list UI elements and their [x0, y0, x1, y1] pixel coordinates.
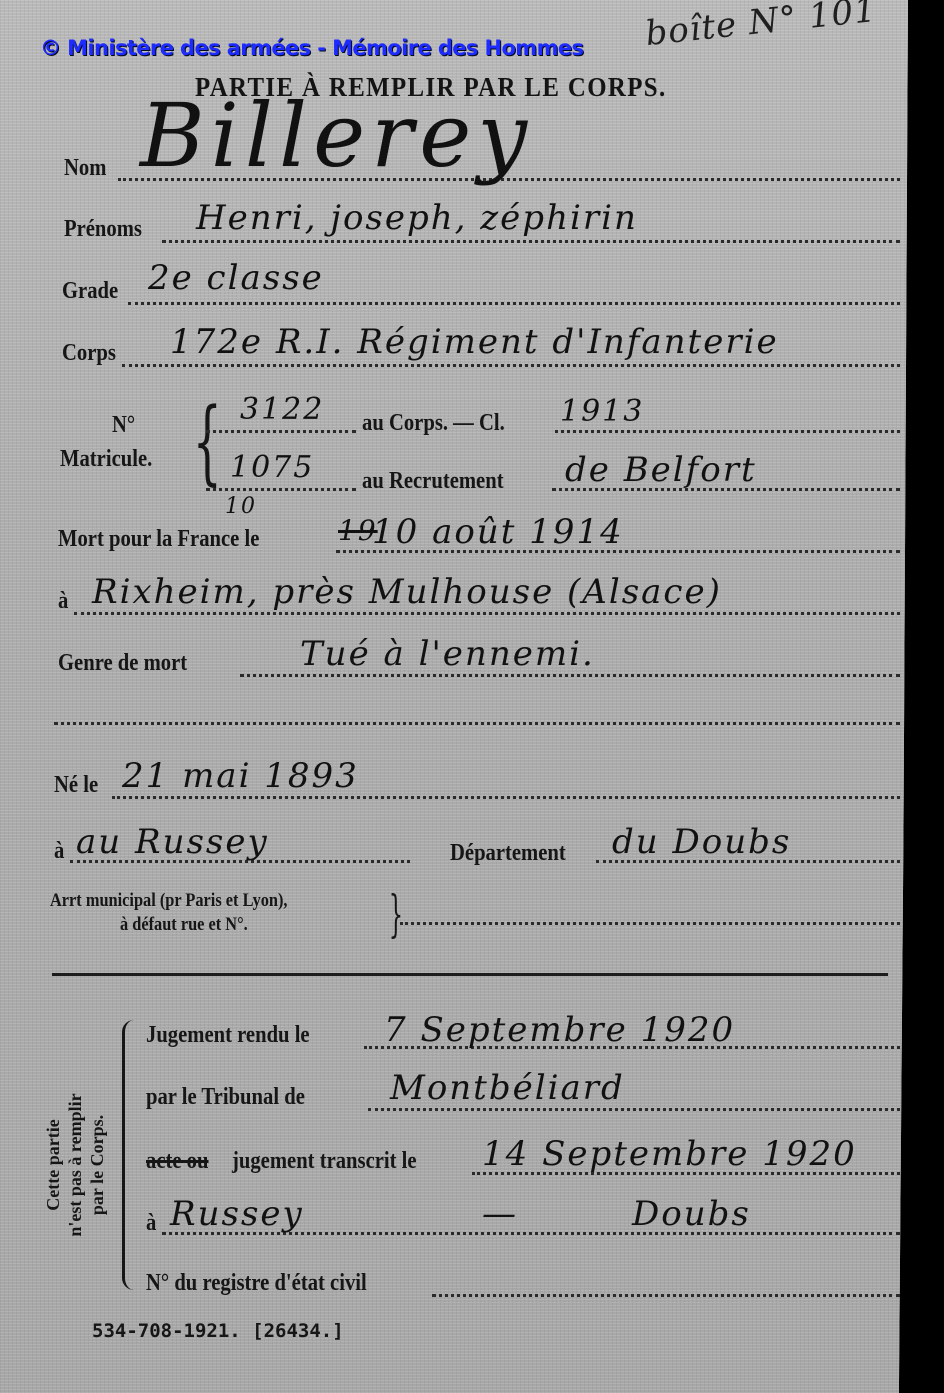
au-corps-label: au Corps. — Cl.: [362, 410, 505, 437]
recrutement-number-line: [206, 488, 356, 491]
correction-note: 10: [225, 494, 257, 519]
classe-line: [555, 430, 900, 433]
prenoms-label: Prénoms: [64, 216, 142, 243]
tribunal-line: [368, 1108, 900, 1111]
jugement-rendu-value: 7 Septembre 1920: [384, 1010, 735, 1050]
lieu-transcription-departement: Doubs: [632, 1194, 751, 1234]
side-note-line-1: Cette partie: [42, 1093, 64, 1236]
copyright-watermark: © Ministère des armées - Mémoire des Hom…: [40, 36, 583, 60]
grade-label: Grade: [62, 278, 118, 305]
departement-value: du Doubs: [612, 822, 791, 862]
matricule-no-label: N°: [112, 412, 135, 439]
genre-mort-line: [240, 674, 900, 677]
lieu-naissance-value: au Russey: [76, 822, 269, 862]
prenoms-value: Henri, joseph, zéphirin: [196, 198, 638, 238]
jugement-rendu-label: Jugement rendu le: [146, 1022, 310, 1049]
prenoms-line: [162, 240, 900, 243]
acte-ou-struck-label: acte ou: [146, 1148, 208, 1175]
ne-le-line: [112, 796, 900, 799]
classe-value: 1913: [560, 394, 644, 429]
registre-label: N° du registre d'état civil: [146, 1270, 367, 1297]
departement-label: Département: [450, 840, 566, 867]
grade-line: [128, 302, 900, 305]
genre-mort-label: Genre de mort: [58, 650, 187, 677]
nom-value: Billerey: [140, 84, 533, 187]
tribunal-label: par le Tribunal de: [146, 1084, 305, 1111]
nom-label: Nom: [64, 155, 106, 182]
recrutement-place-value: de Belfort: [565, 450, 757, 490]
recrutement-number-value: 1075: [230, 450, 314, 485]
genre-mort-value: Tué à l'ennemi.: [300, 634, 595, 674]
corps-value: 172e R.I. Régiment d'Infanterie: [170, 322, 779, 362]
ne-le-label: Né le: [54, 772, 98, 799]
arrondissement-brace: }: [389, 884, 403, 944]
mort-value: 10 août 1914: [372, 512, 624, 552]
corps-number-line: [206, 430, 356, 433]
judgment-brace: [122, 1020, 135, 1290]
transcrit-label: jugement transcrit le: [232, 1148, 417, 1175]
transcrit-value: 14 Septembre 1920: [482, 1134, 857, 1174]
print-reference-code: 534-708-1921. [26434.]: [92, 1320, 344, 1342]
matricule-brace: {: [193, 392, 222, 492]
mort-label: Mort pour la France le: [58, 526, 259, 553]
lieu-naissance-label: à: [54, 838, 64, 865]
lieu-mort-line: [74, 612, 900, 615]
lieu-transcription-separator: —: [482, 1194, 518, 1234]
side-note: Cette partie n'est pas à remplir par le …: [20, 1040, 130, 1290]
side-note-line-3: par le Corps.: [86, 1093, 108, 1236]
lieu-transcription-value: Russey: [170, 1194, 304, 1234]
au-recrutement-label: au Recrutement: [362, 468, 504, 495]
lieu-transcription-label: à: [146, 1210, 156, 1237]
arrondissement-label-line1: Arrt municipal (pr Paris et Lyon),: [50, 890, 288, 912]
registre-line: [432, 1294, 900, 1297]
side-note-line-2: n'est pas à remplir: [64, 1093, 86, 1236]
lieu-mort-label: à: [58, 588, 68, 615]
matricule-label: Matricule.: [60, 446, 152, 473]
section-divider: [52, 973, 888, 976]
grade-value: 2e classe: [148, 258, 324, 298]
blank-line-1: [54, 722, 900, 725]
arrondissement-line: [400, 922, 900, 925]
tribunal-value: Montbéliard: [390, 1068, 625, 1108]
corps-label: Corps: [62, 340, 116, 367]
corps-line: [122, 364, 900, 367]
arrondissement-label-line2: à défaut rue et N°.: [120, 914, 248, 936]
corps-number-value: 3122: [240, 392, 324, 427]
ne-le-value: 21 mai 1893: [122, 756, 359, 796]
lieu-mort-value: Rixheim, près Mulhouse (Alsace): [92, 572, 722, 612]
